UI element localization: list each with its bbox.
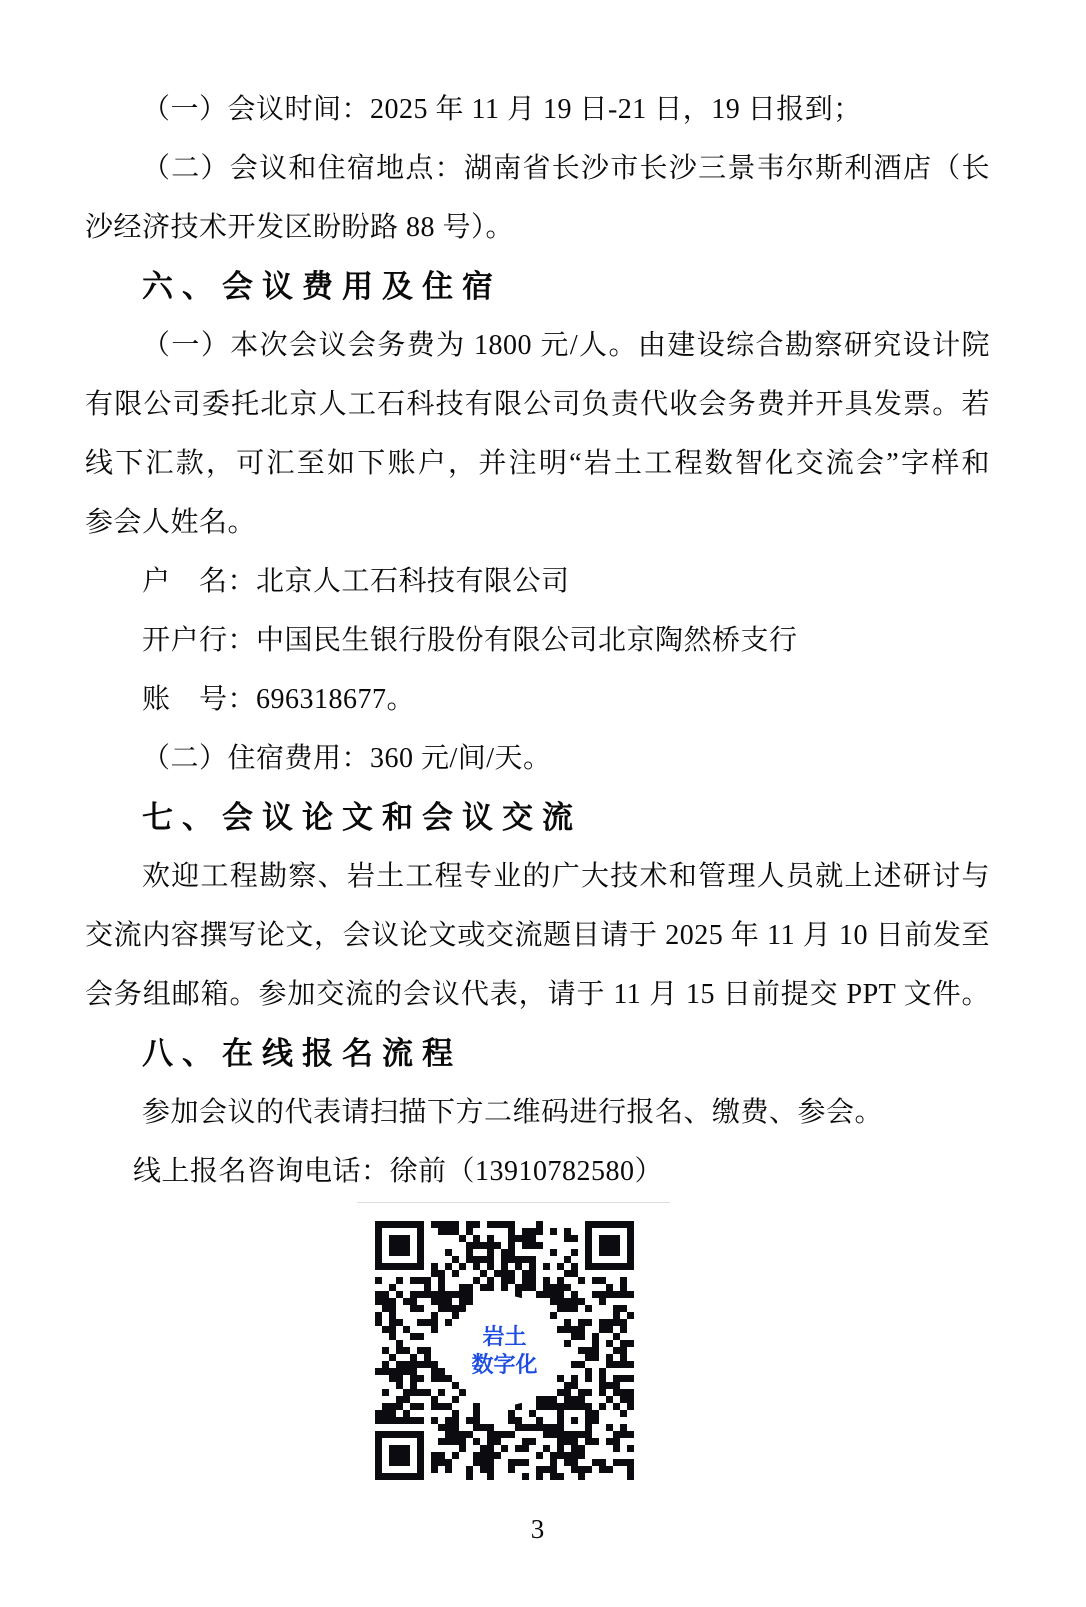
section-heading: 六、会议费用及住宿 [85,257,990,316]
document-line: 沙经济技术开发区盼盼路 88 号）。 [85,198,990,257]
document-line: （一）会议时间：2025 年 11 月 19 日-21 日，19 日报到； [85,80,990,139]
document-line: 有限公司委托北京人工石科技有限公司负责代收会务费并开具发票。若 [85,375,990,434]
section-heading: 八、在线报名流程 [85,1024,990,1083]
document-line: 线下汇款，可汇至如下账户，并注明“岩土工程数智化交流会”字样和 [85,434,990,493]
qr-code-graphic: 岩土数字化 [375,1221,634,1480]
document-line: 户 名：北京人工石科技有限公司 [85,552,990,611]
registration-qr-code: 岩土数字化 [375,1221,634,1480]
section-heading: 七、会议论文和会议交流 [85,788,990,847]
document-line: 欢迎工程勘察、岩土工程专业的广大技术和管理人员就上述研讨与 [85,847,990,906]
document-line: 会务组邮箱。参加交流的会议代表，请于 11 月 15 日前提交 PPT 文件。 [85,965,990,1024]
document-line: 参加会议的代表请扫描下方二维码进行报名、缴费、参会。 [85,1083,990,1142]
document-line: （二）会议和住宿地点：湖南省长沙市长沙三景韦尔斯利酒店（长 [85,139,990,198]
qr-label-line2: 数字化 [471,1352,537,1377]
document-line: （一）本次会议会务费为 1800 元/人。由建设综合勘察研究设计院 [85,316,990,375]
document-page: （一）会议时间：2025 年 11 月 19 日-21 日，19 日报到；（二）… [0,0,1086,1607]
document-line: 交流内容撰写论文，会议论文或交流题目请于 2025 年 11 月 10 日前发至 [85,906,990,965]
document-line: 账 号：696318677。 [85,670,990,729]
document-line: 线上报名咨询电话：徐前（13910782580） [85,1142,990,1201]
qr-label-line1: 岩土 [482,1324,526,1349]
document-line: 开户行：中国民生银行股份有限公司北京陶然桥支行 [85,611,990,670]
document-line: （二）住宿费用：360 元/间/天。 [85,729,990,788]
page-number: 3 [85,1512,990,1546]
document-line: 参会人姓名。 [85,493,990,552]
document-lines: （一）会议时间：2025 年 11 月 19 日-21 日，19 日报到；（二）… [85,0,990,1201]
qr-image-edge [357,1202,670,1203]
